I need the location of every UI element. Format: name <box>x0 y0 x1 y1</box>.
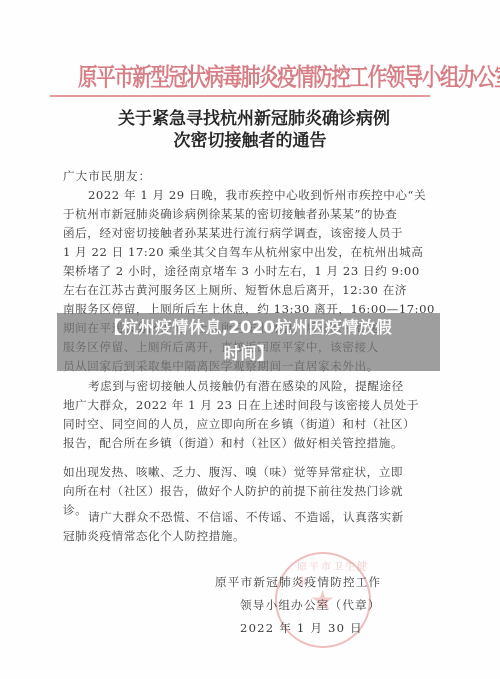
paragraph-line: 请广大群众不恐慌、不信谣、不传谣、不造谣，认真落实新 <box>63 508 441 527</box>
document-page: 原平市新型冠状病毒肺炎疫情防控工作领导小组办公室 关于紧急寻找杭州新冠肺炎确诊病… <box>0 0 500 679</box>
paragraph-line: 地广大群众，2022 年 1 月 23 日在上述时间段与该密接人员处于 <box>63 396 441 415</box>
paragraph-2: 考虑到与密切接触人员接触仍有潜在感染的风险，提醒途径 地广大群众，2022 年 … <box>63 377 441 453</box>
title-line-2: 次密切接触者的通告 <box>0 130 500 152</box>
paragraph-4: 请广大群众不恐慌、不信谣、不传谣、不造谣，认真落实新 冠肺炎疫情常态化个人防控措… <box>63 508 441 546</box>
caption-title-line-2: 时间】 <box>57 341 440 367</box>
signature-org-line-1: 原平市新冠肺炎疫情防控工作 <box>215 571 385 594</box>
signature-date: 2022 年 1 月 30 日 <box>215 617 385 640</box>
signature-org-line-2: 领导小组办公室（代章） <box>215 594 385 617</box>
document-title: 关于紧急寻找杭州新冠肺炎确诊病例 次密切接触者的通告 <box>0 108 500 152</box>
paragraph-line: 向所在村（社区）报告，做好个人防护的前提下前往发热门诊就 <box>63 482 441 501</box>
paragraph-line: 报告，配合所在乡镇（街道）和村（社区）做好相关管控措施。 <box>63 434 441 453</box>
header-divider <box>50 95 430 97</box>
paragraph-line: 左右在江苏古黄河服务区上厕所、短暂休息后离开，12:30 在济 <box>63 281 441 300</box>
paragraph-line: 函后，经对密切接触者孙某某进行流行病学调查，该密接人员于 <box>63 224 441 243</box>
paragraph-line: 如出现发热、咳嗽、乏力、腹泻、嗅（味）觉等异常症状，立即 <box>63 463 441 482</box>
paragraph-line: 考虑到与密切接触人员接触仍有潜在感染的风险，提醒途径 <box>63 377 441 396</box>
greeting: 广大市民朋友： <box>63 168 151 184</box>
paragraph-line: 同时空、同空间的人员，应立即向所在乡镇（街道）和村（社区） <box>63 415 441 434</box>
header-organization: 原平市新型冠状病毒肺炎疫情防控工作领导小组办公室 <box>78 58 434 93</box>
signature-block: 原平市新冠肺炎疫情防控工作 领导小组办公室（代章） 2022 年 1 月 30 … <box>215 571 385 640</box>
title-line-1: 关于紧急寻找杭州新冠肺炎确诊病例 <box>0 108 500 130</box>
paragraph-line: 于杭州市新冠肺炎确诊病例徐某某的密切接触者孙某某”的协查 <box>63 205 441 224</box>
caption-title-line-1: 【杭州疫情休息,2020杭州因疫情放假 <box>57 315 440 341</box>
paragraph-line: 架桥堵了 2 小时，途径南京堵车 3 小时左右，1 月 23 日约 9:00 <box>63 262 441 281</box>
paragraph-line: 1 月 22 日 17:20 乘坐其父自驾车从杭州家中出发，在杭州出城高 <box>63 243 441 262</box>
caption-title: 【杭州疫情休息,2020杭州因疫情放假 时间】 <box>57 315 440 367</box>
paragraph-line: 2022 年 1 月 29 日晚，我市疾控中心收到忻州市疾控中心“关 <box>63 186 441 205</box>
paragraph-line: 冠肺炎疫情常态化个人防控措施。 <box>63 527 441 546</box>
